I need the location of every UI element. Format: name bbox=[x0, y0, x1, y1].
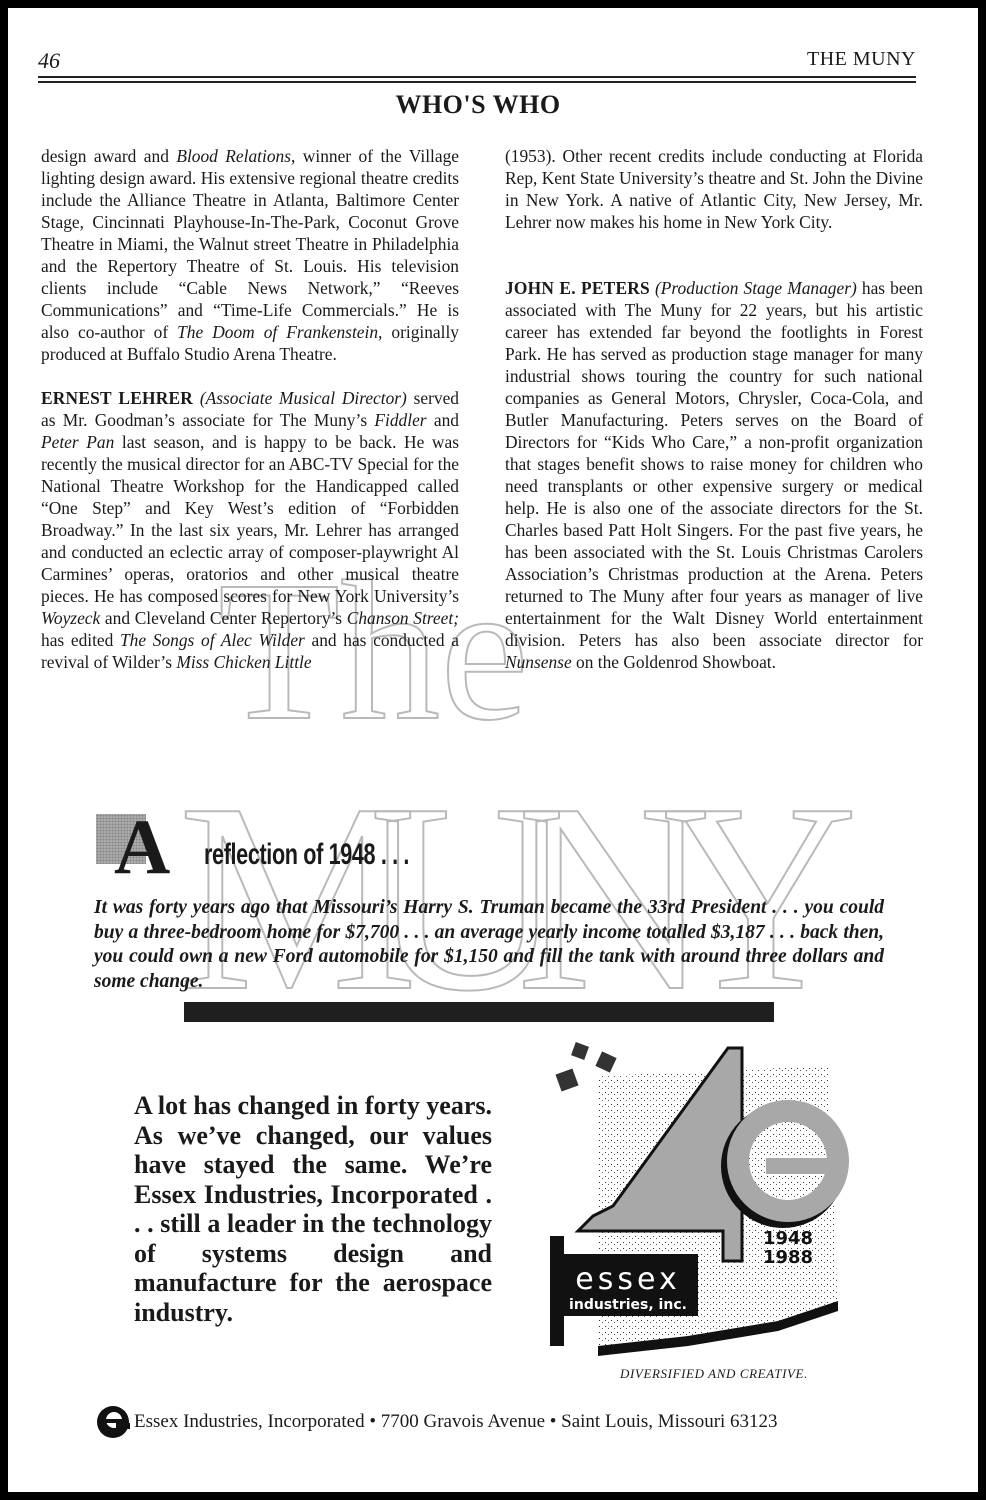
essex-e-logo-icon bbox=[96, 1405, 130, 1439]
ad-footer: Essex Industries, Incorporated • 7700 Gr… bbox=[96, 1405, 778, 1439]
svg-text:1948: 1948 bbox=[763, 1228, 813, 1249]
magazine-page: 46 THE MUNY WHO'S WHO The MUNY design aw… bbox=[8, 8, 978, 1492]
bio-john-peters: JOHN E. PETERS (Production Stage Manager… bbox=[505, 277, 923, 673]
paragraph: (1953). Other recent credits include con… bbox=[505, 145, 923, 233]
drop-cap: A bbox=[114, 808, 170, 886]
header-rule bbox=[38, 81, 916, 83]
publication-title: THE MUNY bbox=[807, 48, 916, 71]
logo-tagline: DIVERSIFIED AND CREATIVE. bbox=[620, 1366, 808, 1382]
black-bar-divider bbox=[184, 1002, 774, 1022]
svg-text:essex: essex bbox=[575, 1262, 680, 1297]
left-column: design award and Blood Relations, winner… bbox=[41, 145, 459, 673]
right-column: (1953). Other recent credits include con… bbox=[505, 145, 923, 673]
bio-name: ERNEST LEHRER bbox=[41, 388, 193, 408]
ad-intro: It was forty years ago that Missouri’s H… bbox=[94, 896, 884, 994]
bio-ernest-lehrer: ERNEST LEHRER (Associate Musical Directo… bbox=[41, 387, 459, 673]
company-address: Essex Industries, Incorporated • 7700 Gr… bbox=[134, 1411, 778, 1433]
header-rule bbox=[38, 76, 916, 78]
section-title: WHO'S WHO bbox=[8, 90, 948, 120]
bio-role: (Associate Musical Director) bbox=[200, 388, 407, 408]
page-number: 46 bbox=[38, 48, 60, 74]
ad-headline: reflection of 1948 . . . bbox=[204, 838, 409, 872]
bio-role: (Production Stage Manager) bbox=[655, 278, 857, 298]
ad-body-copy: A lot has changed in forty years. As we’… bbox=[134, 1091, 492, 1327]
bio-name: JOHN E. PETERS bbox=[505, 278, 650, 298]
svg-text:1988: 1988 bbox=[763, 1247, 813, 1268]
paragraph: design award and Blood Relations, winner… bbox=[41, 145, 459, 365]
essex-40th-anniversary-logo: essex industries, inc. 1948 1988 bbox=[538, 1036, 868, 1366]
svg-text:industries, inc.: industries, inc. bbox=[569, 1297, 687, 1313]
